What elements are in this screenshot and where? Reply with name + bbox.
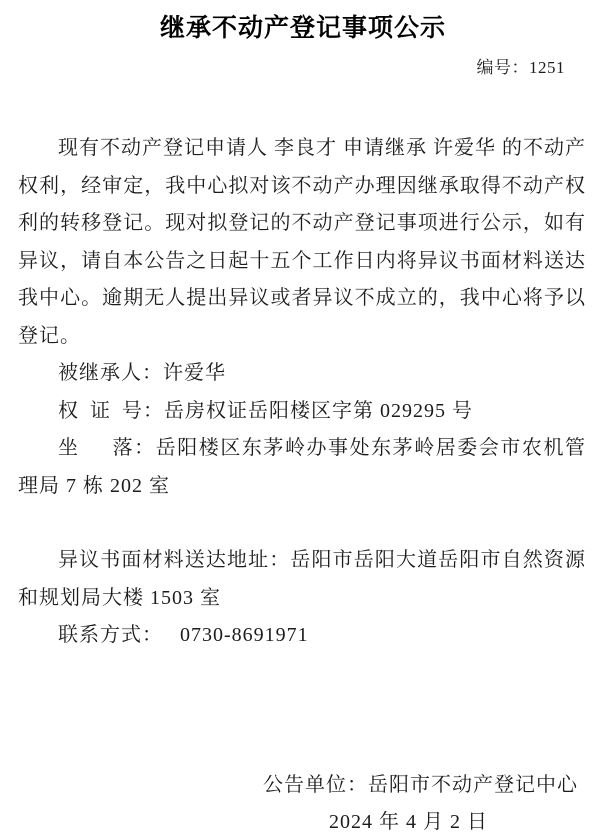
field-objection-address: 异议书面材料送达地址：岳阳市岳阳大道岳阳市自然资源和规划局大楼 1503 室 [18, 542, 586, 617]
field-certificate-number: 权 证 号：岳房权证岳阳楼区字第 029295 号 [18, 393, 586, 431]
doc-number: 编号：1251 [0, 56, 606, 80]
field-decedent: 被继承人：许爱华 [18, 355, 586, 393]
page-title: 继承不动产登记事项公示 [0, 13, 606, 44]
field-contact-phone: 联系方式： 0730-8691971 [18, 617, 586, 655]
field-certificate-number-label: 权 证 号： [58, 400, 164, 422]
date-line: 2024 年 4 月 2 日 [0, 804, 606, 837]
field-decedent-value: 许爱华 [163, 362, 226, 384]
issuer-line: 公告单位：岳阳市不动产登记中心 [0, 767, 606, 805]
field-location: 坐 落：岳阳楼区东茅岭办事处东茅岭居委会市农机管理局 7 栋 202 室 [18, 430, 586, 505]
field-decedent-label: 被继承人： [58, 362, 163, 384]
field-location-label: 坐 落： [58, 437, 156, 459]
field-objection-address-label: 异议书面材料送达地址： [58, 549, 290, 571]
field-contact-phone-label: 联系方式： [58, 624, 163, 646]
field-certificate-number-value: 岳房权证岳阳楼区字第 029295 号 [164, 400, 473, 422]
inheritance-registration-notice: 继承不动产登记事项公示 编号：1251 现有不动产登记申请人 李良才 申请继承 … [0, 0, 606, 837]
field-contact-phone-value: 0730-8691971 [163, 624, 309, 646]
notice-paragraph: 现有不动产登记申请人 李良才 申请继承 许爱华 的不动产权利，经审定，我中心拟对… [18, 130, 586, 355]
